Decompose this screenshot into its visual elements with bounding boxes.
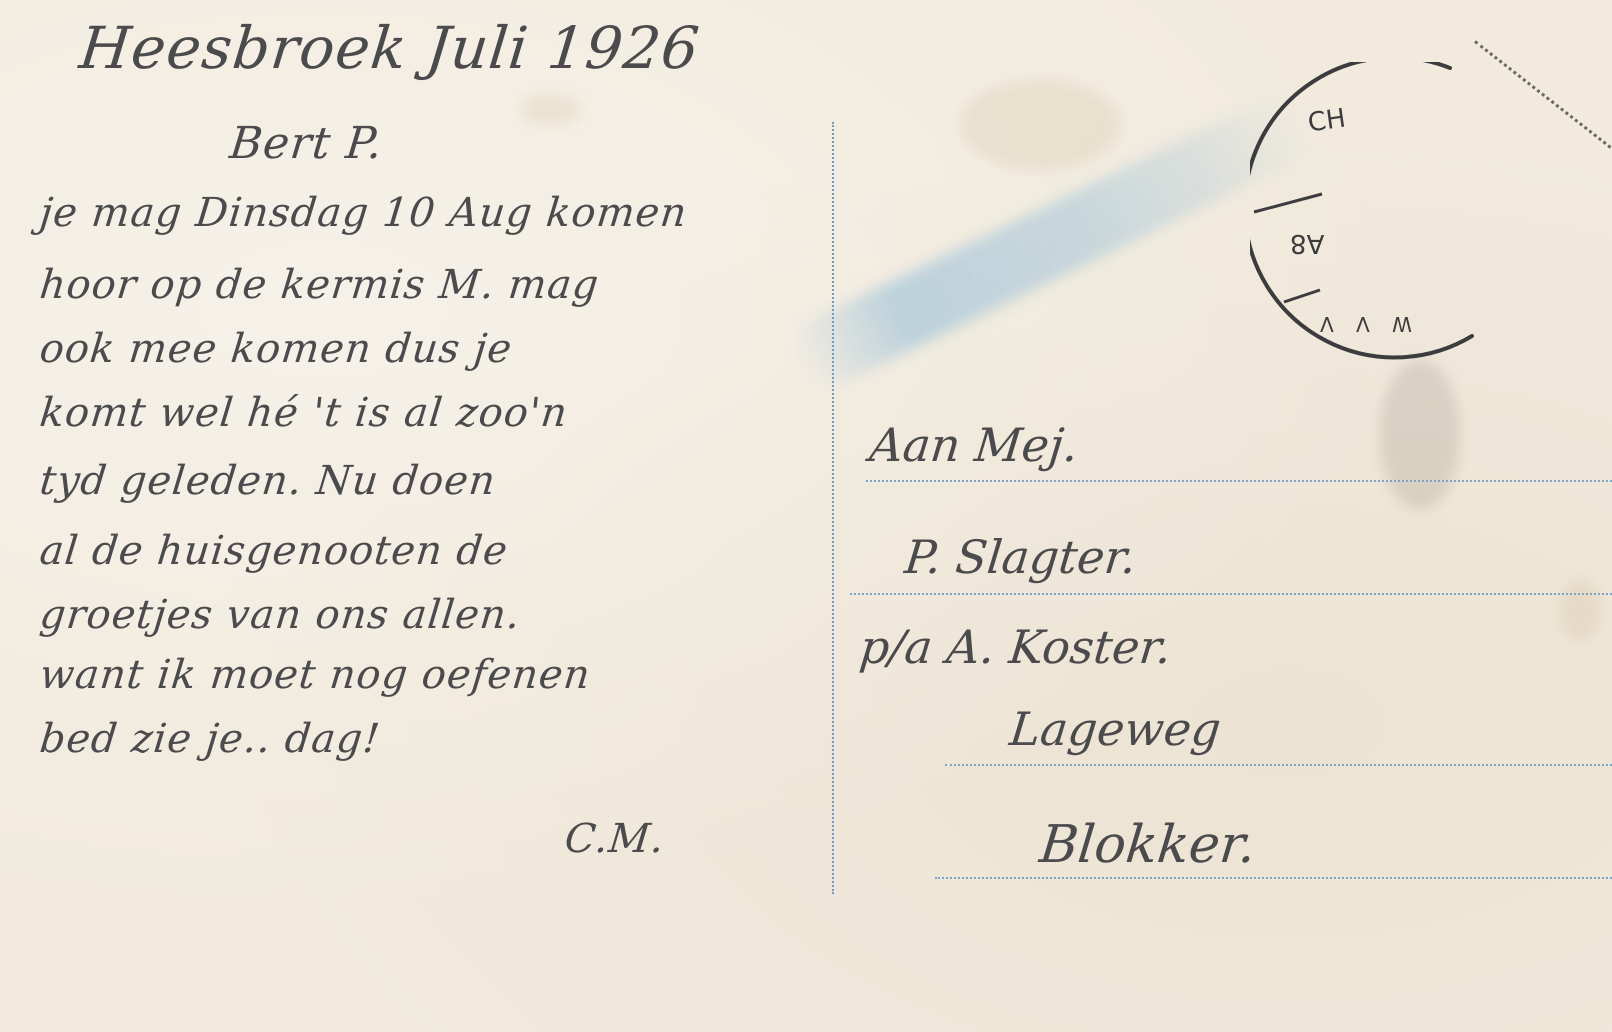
paper-stain	[520, 95, 580, 125]
paper-stain	[1560, 580, 1600, 640]
message-greeting: Bert P.	[227, 118, 385, 169]
message-line: ook mee komen dus je	[38, 326, 515, 372]
message-line: want ik moet nog oefenen	[38, 652, 593, 698]
message-date-line: Heesbroek Juli 1926	[76, 14, 703, 82]
address-line-5: Blokker.	[1037, 815, 1259, 875]
message-line: je mag Dinsdag 10 Aug komen	[38, 190, 690, 236]
postcard-back: Heesbroek Juli 1926 Bert P. je mag Dinsd…	[0, 0, 1612, 1032]
address-rule	[935, 877, 1612, 879]
address-rule	[850, 593, 1612, 595]
message-line: tyd geleden. Nu doen	[38, 458, 499, 504]
address-line-1: Aan Mej.	[867, 418, 1081, 472]
message-line: groetjes van ons allen.	[38, 592, 523, 638]
center-divider	[832, 122, 834, 894]
address-rule	[945, 764, 1612, 766]
message-line: al de huisgenooten de	[38, 528, 511, 574]
message-line: hoor op de kermis M. mag	[38, 262, 602, 308]
postmark: CH A8 W V V	[1250, 62, 1510, 362]
message-line: komt wel hé 't is al zoo'n	[38, 390, 571, 436]
address-line-4: Lageweg	[1007, 702, 1223, 756]
address-line-2: P. Slagter.	[902, 530, 1139, 584]
message-line: bed zie je.. dag!	[38, 716, 383, 762]
postmark-top-text: CH	[1306, 104, 1348, 139]
address-rule	[866, 480, 1612, 482]
postmark-bottom-text: W V V	[1312, 312, 1412, 336]
address-line-3: p/a A. Koster.	[857, 620, 1174, 674]
paper-stain	[1380, 360, 1460, 510]
postmark-date-text: A8	[1290, 228, 1324, 258]
paper-stain	[960, 80, 1120, 170]
message-signature: C.M.	[563, 816, 667, 862]
